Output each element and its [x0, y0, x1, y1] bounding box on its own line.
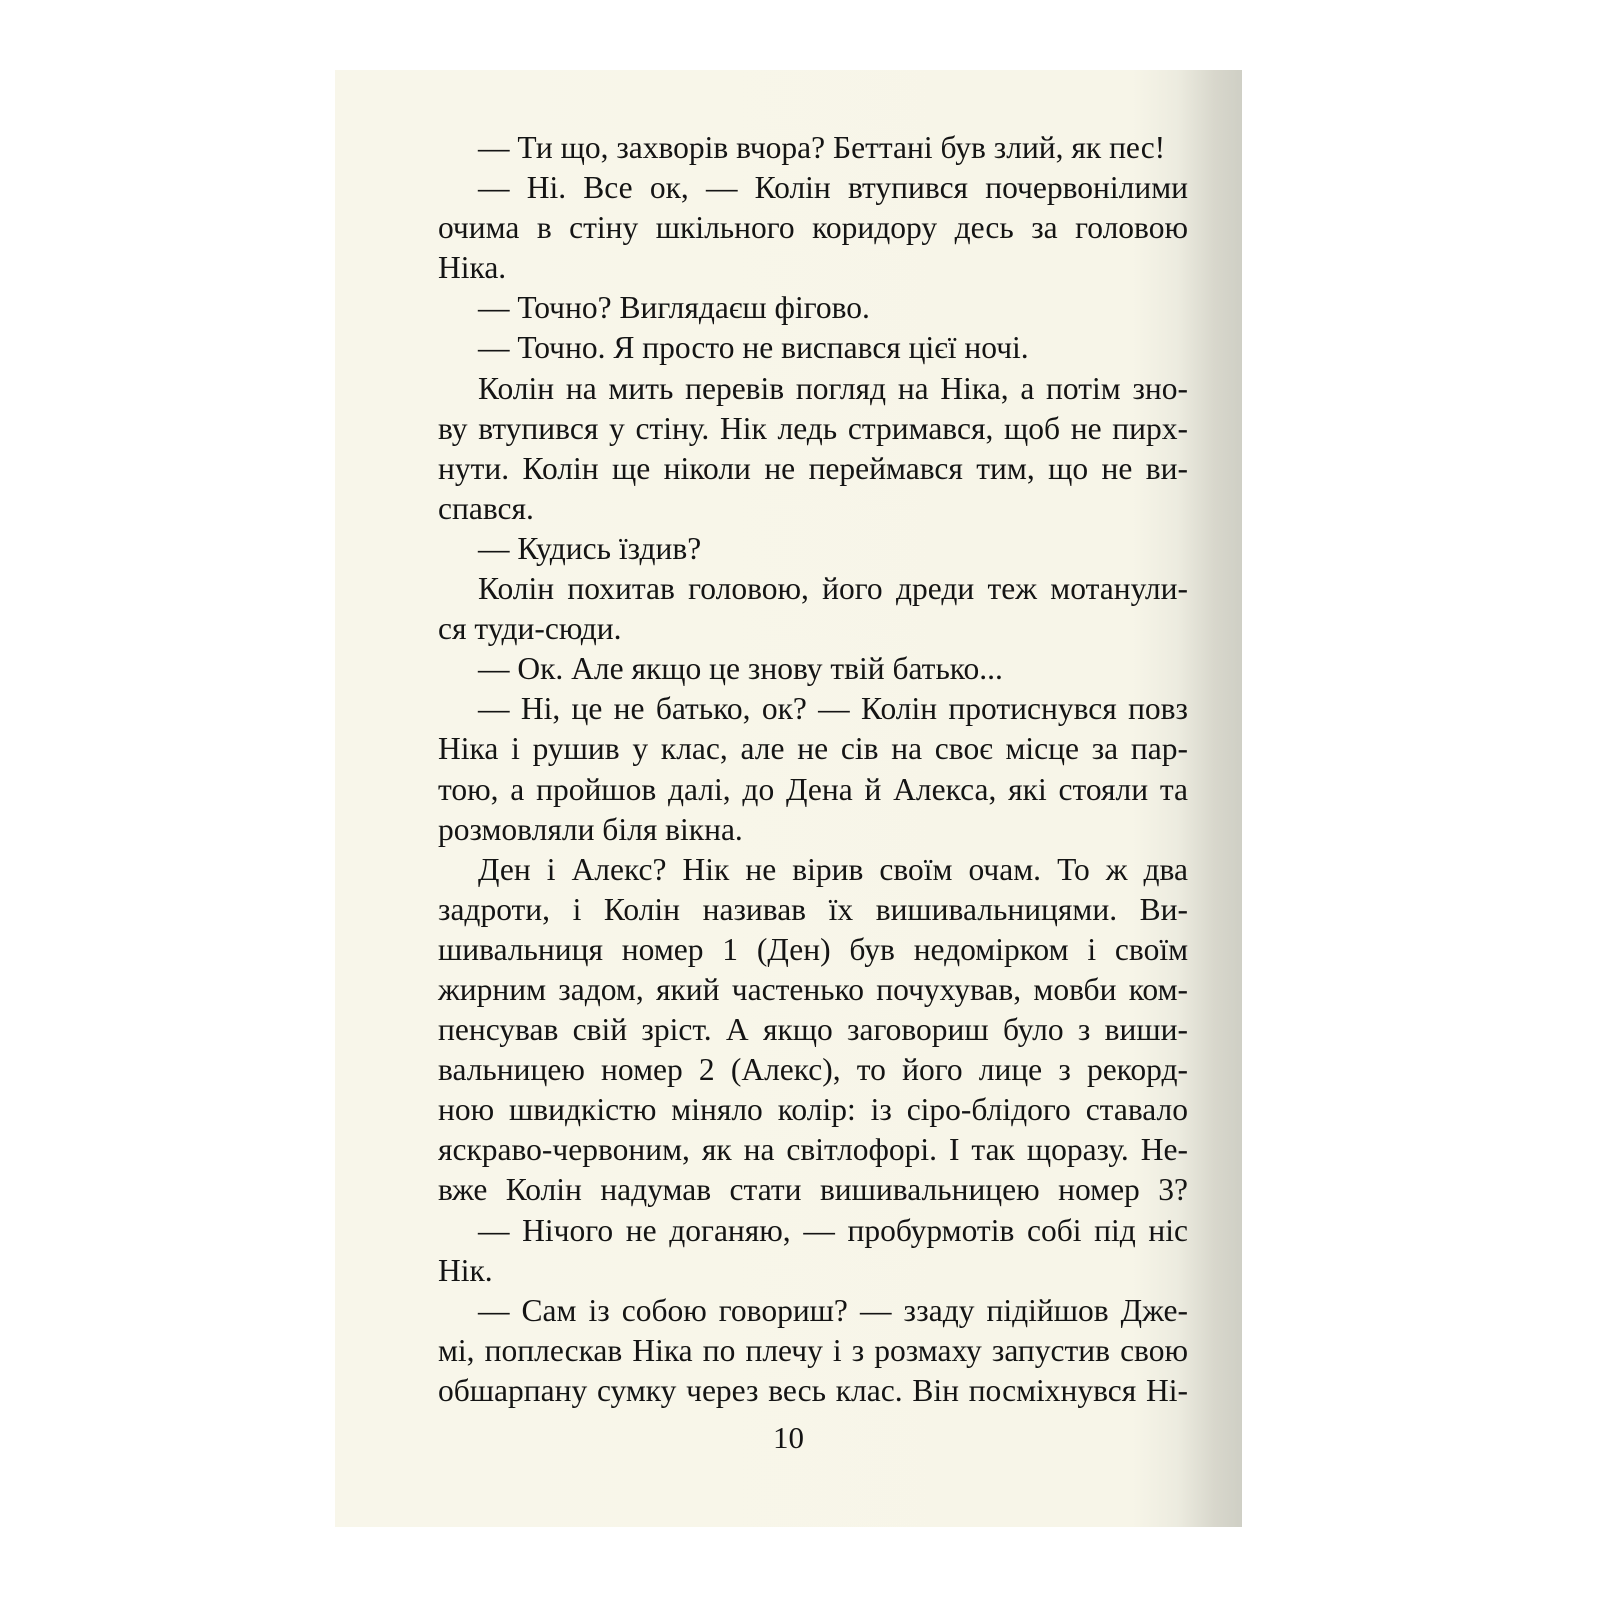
text-line: очима в стіну шкільного коридору десь за… — [438, 208, 1188, 248]
text-line: ся туди-сюди. — [438, 609, 1188, 649]
text-line: Ніка. — [438, 248, 1188, 288]
text-line: мі, поплескав Ніка по плечу і з розмаху … — [438, 1331, 1188, 1371]
text-line: обшарпану сумку через весь клас. Він пос… — [438, 1371, 1188, 1411]
text-line: пенсував свій зріст. А якщо заговориш бу… — [438, 1010, 1188, 1050]
text-line: спався. — [438, 489, 1188, 529]
text-line: тою, а пройшов далі, до Дена й Алекса, я… — [438, 770, 1188, 810]
text-line: ною швидкістю міняло колір: із сіро-блід… — [438, 1090, 1188, 1130]
text-line: — Ні, це не батько, ок? — Колін протисну… — [438, 689, 1188, 729]
page-number: 10 — [335, 1420, 1242, 1456]
text-line: Колін на мить перевів погляд на Ніка, а … — [438, 369, 1188, 409]
text-line: нути. Колін ще ніколи не переймався тим,… — [438, 449, 1188, 489]
text-line: розмовляли біля вікна. — [438, 810, 1188, 850]
text-line: Ніка і рушив у клас, але не сів на своє … — [438, 729, 1188, 769]
text-line: — Точно. Я просто не виспався цієї ночі. — [438, 328, 1188, 368]
text-line: — Нічого не доганяю, — пробурмотів собі … — [438, 1211, 1188, 1251]
text-line: — Ні. Все ок, — Колін втупився почервоні… — [438, 168, 1188, 208]
text-line: — Точно? Виглядаєш фігово. — [438, 288, 1188, 328]
text-line: жирним задом, який частенько почухував, … — [438, 970, 1188, 1010]
text-line: — Ок. Але якщо це знову твій батько... — [438, 649, 1188, 689]
book-page: — Ти що, захворів вчора? Беттані був зли… — [335, 70, 1242, 1527]
text-line: — Кудись їздив? — [438, 529, 1188, 569]
text-line: задроти, і Колін називав їх вишивальниця… — [438, 890, 1188, 930]
text-line: ву втупився у стіну. Нік ледь стримався,… — [438, 409, 1188, 449]
text-line: вальницею номер 2 (Алекс), то його лице … — [438, 1050, 1188, 1090]
text-line: Нік. — [438, 1251, 1188, 1291]
page-text: — Ти що, захворів вчора? Беттані був зли… — [438, 128, 1188, 1411]
text-line: шивальниця номер 1 (Ден) був недомірком … — [438, 930, 1188, 970]
text-line: — Сам із собою говориш? — ззаду підійшов… — [438, 1291, 1188, 1331]
text-line: Ден і Алекс? Нік не вірив своїм очам. То… — [438, 850, 1188, 890]
text-line: вже Колін надумав стати вишивальницею но… — [438, 1170, 1188, 1210]
text-line: — Ти що, захворів вчора? Беттані був зли… — [438, 128, 1188, 168]
text-line: Колін похитав головою, його дреди теж мо… — [438, 569, 1188, 609]
text-line: яскраво-червоним, як на світлофорі. І та… — [438, 1130, 1188, 1170]
